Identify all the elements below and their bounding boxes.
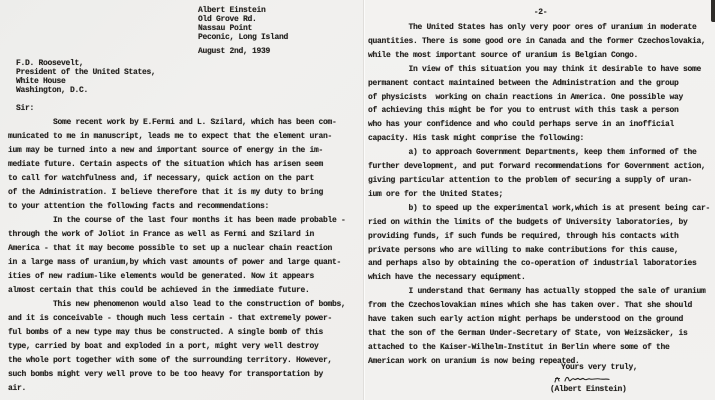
scan-edge-artifact [711, 0, 715, 22]
text-line: to your attention the following facts an… [8, 200, 360, 214]
text-line: attached to the Kaiser-Wilhelm-Institut … [368, 341, 715, 355]
text-line: and perhaps also by obtaining the co-ope… [368, 257, 715, 271]
paragraph: In the course of the last four months it… [8, 214, 360, 298]
page-number: -2- [365, 8, 715, 17]
text-line: from the Czechoslovakian mines which she… [368, 299, 715, 313]
text-line: of the Administration. I believe therefo… [8, 186, 360, 200]
letter-body-page-2: The United States has only very poor ore… [368, 21, 715, 369]
text-line: Peconic, Long Island [198, 33, 288, 42]
text-line: providing funds, if such funds be requir… [368, 230, 715, 244]
text-line: giving particular attention to the probl… [368, 174, 715, 188]
text-line: ful bombs of a new type may thus be cons… [8, 326, 360, 340]
text-line: quantities. There is some good ore in Ca… [368, 35, 715, 49]
text-line: of physicists working on chain reactions… [368, 91, 715, 105]
text-line: mediate future. Certain aspects of the s… [8, 158, 360, 172]
text-line: ities of new radium-like elements would … [8, 270, 360, 284]
text-line: Albert Einstein [198, 6, 288, 15]
text-line: that the son of the German Under-Secreta… [368, 327, 715, 341]
text-line: type, carried by boat and exploded in a … [8, 340, 360, 354]
letter-page-2: -2- The United States has only very poor… [364, 0, 715, 400]
text-line: b) to speed up the experimental work,whi… [368, 202, 715, 216]
text-line: of achieving this might be for you to en… [368, 104, 715, 118]
text-line: America - that it may become possible to… [8, 242, 360, 256]
text-line: Old Grove Rd. [198, 15, 288, 24]
text-line: almost certain that this could be achiev… [8, 284, 360, 298]
text-line: American work on uranium is now being re… [368, 355, 715, 369]
text-line: Washington, D.C. [16, 86, 156, 95]
closing-salutation: Yours very truly, [561, 363, 638, 372]
paragraph: In view of this situation you may think … [368, 63, 715, 146]
salutation: Sir: [16, 104, 34, 113]
text-line: In view of this situation you may think … [368, 63, 715, 77]
paragraph: Some recent work by E.Fermi and L. Szila… [8, 116, 360, 214]
letter-page-1: Albert EinsteinOld Grove Rd.Nassau Point… [0, 0, 364, 400]
text-line: Nassau Point [198, 24, 288, 33]
text-line: ried on within the limits of the budgets… [368, 216, 715, 230]
text-line: The United States has only very poor ore… [368, 21, 715, 35]
paragraph: This new phenomenon would also lead to t… [8, 298, 360, 396]
text-line: permanent contact maintained between the… [368, 77, 715, 91]
letter-body-page-1: Some recent work by E.Fermi and L. Szila… [8, 116, 360, 396]
text-line: President of the United States, [16, 68, 156, 77]
text-line: have taken such early action might perha… [368, 313, 715, 327]
date-line: August 2nd, 1939 [198, 47, 270, 56]
text-line: through the work of Joliot in France as … [8, 228, 360, 242]
text-line: in a large mass of uranium,by which vast… [8, 256, 360, 270]
text-line: capacity. His task might comprise the fo… [368, 132, 715, 146]
text-line: a) to approach Government Departments, k… [368, 146, 715, 160]
paragraph: a) to approach Government Departments, k… [368, 146, 715, 202]
text-line: This new phenomenon would also lead to t… [8, 298, 360, 312]
handwritten-signature [551, 372, 621, 385]
text-line: ium may be turned into a new and importa… [8, 144, 360, 158]
text-line: White House [16, 77, 156, 86]
recipient-address: F.D. Roosevelt,President of the United S… [16, 59, 156, 95]
paragraph: I understand that Germany has actually s… [368, 285, 715, 368]
text-line: ium ore for the United States; [368, 188, 715, 202]
signature-scrawl-icon [551, 372, 621, 385]
text-line: air. [8, 382, 360, 396]
text-line: municated to me in manuscript, leads me … [8, 130, 360, 144]
text-line: private persons who are willing to make … [368, 244, 715, 258]
text-line: the whole port together with some of the… [8, 354, 360, 368]
text-line: Some recent work by E.Fermi and L. Szila… [8, 116, 360, 130]
paragraph: The United States has only very poor ore… [368, 21, 715, 63]
sender-address: Albert EinsteinOld Grove Rd.Nassau Point… [198, 6, 288, 42]
text-line: such bombs might very well prove to be t… [8, 368, 360, 382]
text-line: and it is conceivable - though much less… [8, 312, 360, 326]
text-line: while the most important source of urani… [368, 49, 715, 63]
text-line: which have the necessary equipment. [368, 271, 715, 285]
text-line: I understand that Germany has actually s… [368, 285, 715, 299]
text-line: who has your confidence and who could pe… [368, 118, 715, 132]
paragraph: b) to speed up the experimental work,whi… [368, 202, 715, 285]
text-line: further development, and put forward rec… [368, 160, 715, 174]
text-line: In the course of the last four months it… [8, 214, 360, 228]
text-line: F.D. Roosevelt, [16, 59, 156, 68]
text-line: to call for watchfulness and, if necessa… [8, 172, 360, 186]
signed-name: (Albert Einstein) [550, 385, 627, 394]
